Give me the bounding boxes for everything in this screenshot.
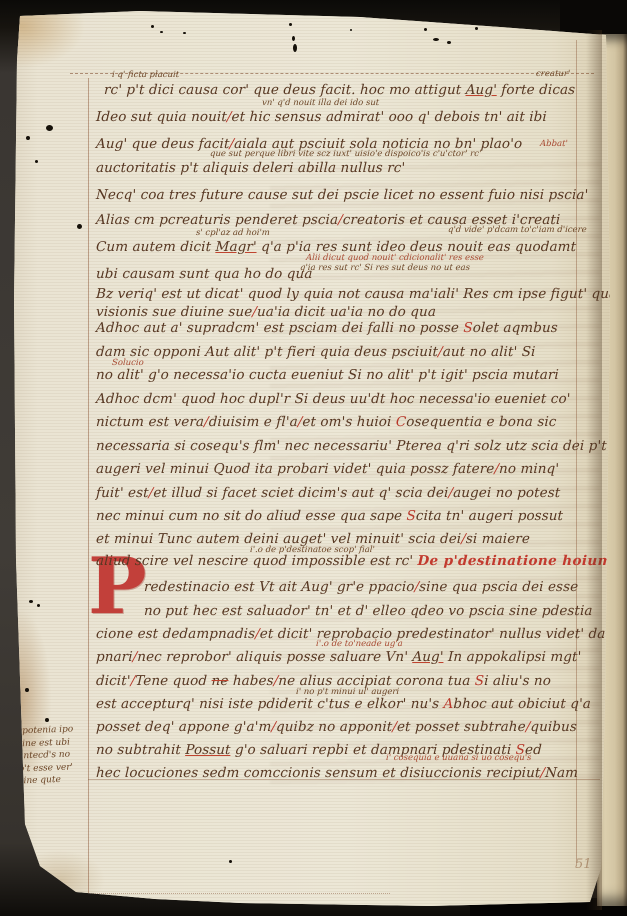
text-segment: Necq' coa tres future cause sut dei psci… [96, 187, 589, 203]
text-segment: Alias cm pcreaturis penderet pscia [96, 212, 339, 228]
ink-spot [45, 718, 49, 722]
interlinear-gloss: vn' q'd nouit illa dei ido sut [262, 98, 380, 108]
manuscript-line: augeri vel minui Quod ita probari videt'… [96, 459, 583, 479]
ink-spot [29, 600, 33, 603]
text-segment: sine qua pscia dei esse [419, 579, 579, 595]
manuscript-line: no put hec est saluador' tn' et d' elleo… [96, 601, 627, 621]
manuscript-photo: P rc' p't dici causa cor' que deus facit… [0, 0, 627, 916]
text-segment: est accepturq' nisi iste pdiderit c'tus … [96, 696, 444, 712]
interlinear-gloss: i' cosequia e uuana si uo cosequ's [386, 753, 532, 763]
interlinear-gloss: q'ia res sut rc' Si res sut deus no ut e… [300, 263, 470, 273]
manuscript-line: Adhoc dcm' quod hoc dupl'r Si deus uu'dt… [96, 389, 583, 409]
text-segment: fuit' est [96, 485, 149, 501]
ink-spot [447, 41, 451, 44]
text-segment: augeri vel minui Quod ita probari videt'… [96, 461, 495, 477]
scanner-background-top [560, 0, 627, 34]
interlinear-gloss: i'.o de to'neade ug'a [316, 639, 403, 649]
text-segment: aliud scire vel nescire quod impossible … [96, 553, 418, 569]
text-segment: Tene quod [135, 673, 212, 689]
interlinear-gloss: i q' ficta placuit [112, 70, 180, 80]
text-segment: si maiere [466, 531, 531, 547]
text-segment: nictum est vera [96, 414, 205, 430]
manuscript-line: nec minui cum no sit do aliud esse qua s… [96, 506, 583, 526]
marginal-gloss: ypotenia iposine est ubiantecd's nop't e… [17, 723, 99, 788]
interlinear-gloss: Alii dicut quod nouit' cdicionalit' res … [306, 253, 484, 263]
text-segment: Bz veriq' est ut dicat' quod ly quia not… [96, 286, 627, 302]
text-segment: hec locuciones sedm comccionis sensum et… [96, 765, 541, 781]
interlinear-gloss: que sut perque libri vite scz iuxt' uisi… [210, 149, 482, 159]
text-segment: et posset subtrahe [397, 719, 526, 735]
text-segment: Magr' [215, 239, 257, 255]
text-segment: dam sic opponi Aut alit' p't fieri quia … [96, 344, 439, 360]
text-segment: Possut [185, 742, 231, 758]
ink-spot [35, 160, 38, 163]
text-segment: habes [228, 673, 274, 689]
text-segment: hoc mo attigut [355, 82, 466, 98]
ink-spot [183, 32, 186, 34]
text-segment: ubi causam sunt qua ho do qua [96, 266, 313, 282]
text-segment: no subtrahit [96, 742, 186, 758]
text-segment: quibz no apponit [276, 719, 393, 735]
manuscript-line: auctoritatis p't aliquis deleri abilla n… [96, 158, 583, 178]
manuscript-line: Ideo sut quia nouit/et hic sensus admira… [96, 107, 583, 127]
manuscript-line: dam sic opponi Aut alit' p't fieri quia … [96, 342, 583, 362]
interlinear-gloss: i'.o de p'destinatoe scop' fial' [250, 545, 375, 555]
ink-spot [424, 28, 427, 31]
text-segment: olet aqmbus [473, 320, 559, 336]
ink-spot [82, 894, 86, 898]
text-segment: ne [211, 673, 228, 689]
manuscript-line: posset deq' appone g'a'm/quibz no apponi… [96, 717, 583, 737]
ink-spot [292, 36, 295, 41]
ink-spot [289, 23, 292, 26]
text-segment: no put hec est saluador' tn' et d' elleo… [144, 603, 593, 619]
ink-spot [26, 136, 30, 140]
manuscript-page: P rc' p't dici causa cor' que deus facit… [0, 0, 627, 916]
text-segment: no minq' [499, 461, 560, 477]
text-segment: Nam [545, 765, 579, 781]
text-segment: Ideo sut quia nouit [96, 109, 227, 125]
manuscript-line: hec locuciones sedm comccionis sensum et… [96, 763, 583, 783]
text-segment: no alit' g'o necessa'io cucta eueniut Si… [96, 367, 559, 383]
text-segment: Aug' [412, 649, 444, 665]
manuscript-line: est accepturq' nisi iste pdiderit c'tus … [96, 694, 583, 714]
ink-spot [151, 25, 154, 28]
interlinear-gloss: Abbat' [540, 139, 568, 149]
ink-spot [433, 38, 439, 41]
text-segment: et dicit' reprobacio predestinator' null… [260, 626, 610, 642]
manuscript-line: Adhoc aut a' supradcm' est psciam dei fa… [96, 318, 583, 338]
text-segment: osequentia e bona sic [406, 414, 557, 430]
text-segment: auctoritatis p't aliquis deleri abilla n… [96, 160, 406, 176]
text-segment: rc' p't dici causa cor' que deus facit. [104, 82, 356, 98]
text-segment: quibus [530, 719, 577, 735]
manuscript-line: pnari/nec reprobor' aliquis posse saluar… [96, 647, 583, 667]
manuscript-line: Necq' coa tres future cause sut dei psci… [96, 185, 583, 205]
ink-spot [229, 860, 232, 863]
text-segment: Aug' [465, 82, 497, 98]
text-segment: nec minui cum no sit do aliud esse qua s… [96, 508, 407, 524]
interlinear-gloss: s' cpl'az ad hoi'm [196, 228, 270, 238]
interlinear-gloss: Solucio [112, 358, 144, 368]
text-segment: augei no potest [453, 485, 561, 501]
text-segment: forte dicas [497, 82, 576, 98]
text-segment: Cum autem dicit [96, 239, 216, 255]
text-segment: dicit' [96, 673, 131, 689]
page-gutter-shadow [586, 30, 602, 910]
text-segment: Adhoc dcm' quod hoc dupl'r Si deus uu'dt… [96, 391, 571, 407]
manuscript-line: redestinacio est Vt ait Aug' gr'e ppacio… [96, 577, 627, 597]
text-segment: necessaria si cosequ's flm' nec necessar… [96, 438, 607, 454]
text-segment: bhoc aut obiciut q'a [453, 696, 591, 712]
rubric-heading: De p'destinatione hoium [417, 553, 612, 569]
interlinear-gloss: i' no p't minui ul' augeri [296, 687, 400, 697]
text-segment: posset deq' appone g'a'm [96, 719, 272, 735]
text-segment: redestinacio est Vt ait Aug' gr'e ppacio [144, 579, 415, 595]
ink-spot [475, 27, 478, 30]
text-segment: i aliu's no [484, 673, 551, 689]
text-segment: cione est dedampnadis [96, 626, 256, 642]
ink-spot [37, 604, 40, 607]
interlinear-gloss: creatur' [536, 69, 571, 79]
text-segment: et illud si facet sciet dicim's aut q' s… [153, 485, 449, 501]
text-segment: Adhoc aut a' supradcm' est psciam dei fa… [96, 320, 464, 336]
ink-spot [46, 125, 53, 131]
manuscript-line: Bz veriq' est ut dicat' quod ly quia not… [96, 284, 583, 304]
ink-spot [293, 44, 297, 52]
manuscript-line: no alit' g'o necessa'io cucta eueniut Si… [96, 365, 583, 385]
manuscript-line: necessaria si cosequ's flm' nec necessar… [96, 436, 583, 456]
text-segment: nec reprobor' aliquis posse saluare Vn' [137, 649, 413, 665]
ink-spot [77, 224, 82, 229]
text-segment: In appokalipsi mgt' [443, 649, 581, 665]
text-segment: diuisim e fl'a [208, 414, 298, 430]
text-segment: cita tn' augeri possut [416, 508, 564, 524]
manuscript-line: fuit' est/et illud si facet sciet dicim'… [96, 483, 583, 503]
text-segment: aut no alit' Si [442, 344, 535, 360]
text-segment: et hic sensus admirat' ooo q' debois tn'… [231, 109, 547, 125]
manuscript-line: rc' p't dici causa cor' que deus facit. … [96, 80, 591, 100]
interlinear-gloss: q'd vide' p'dcam to'c'iam d'icere [448, 225, 587, 235]
ink-spot [25, 688, 29, 692]
ink-spot [160, 31, 163, 33]
text-segment: pnari [96, 649, 133, 665]
ink-spot [350, 29, 352, 31]
manuscript-line: nictum est vera/diuisim e fl'a/et om's h… [96, 412, 583, 432]
text-segment: et om's huioi [302, 414, 396, 430]
